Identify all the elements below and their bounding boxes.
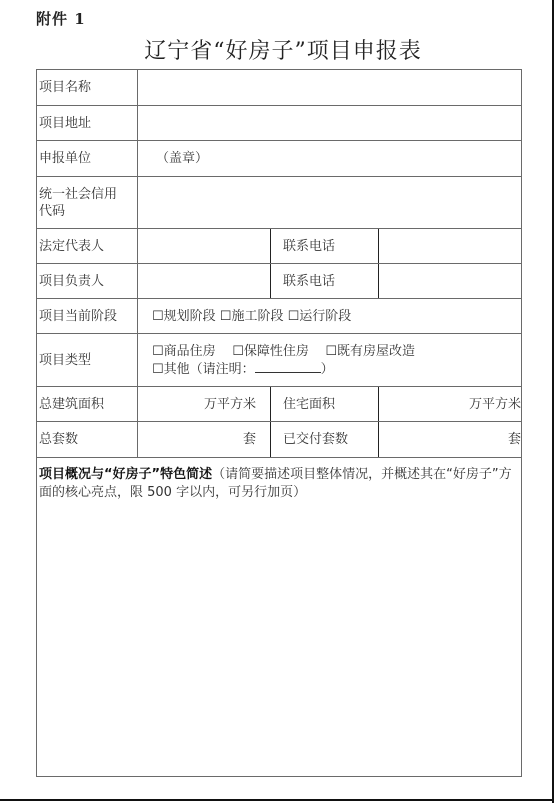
project-lead-phone-field[interactable] xyxy=(379,264,521,298)
other-specify-field[interactable] xyxy=(255,360,321,373)
applicant-unit-field[interactable]: （盖章） xyxy=(138,141,521,176)
row-applicant-unit: 申报单位 （盖章） xyxy=(37,141,521,177)
description-field[interactable]: 项目概况与“好房子”特色简述（请简要描述项目整体情况，并概述其在“好房子”方面的… xyxy=(37,458,521,776)
label-total-units: 总套数 xyxy=(37,422,138,457)
total-area-unit: 万平方米 xyxy=(204,396,256,413)
page-edge-bottom xyxy=(0,799,554,801)
label-total-area: 总建筑面积 xyxy=(37,387,138,421)
checkbox-other[interactable]: ☐其他（请注明： xyxy=(152,362,255,377)
label-project-address: 项目地址 xyxy=(37,106,138,140)
label-credit-code-line2: 代码 xyxy=(39,203,65,220)
label-credit-code: 统一社会信用 代码 xyxy=(37,177,138,228)
row-area: 总建筑面积 万平方米 住宅面积 万平方米 xyxy=(37,387,521,422)
delivered-units-unit: 套 xyxy=(508,431,521,448)
legal-rep-field[interactable] xyxy=(138,229,271,263)
checkbox-renovation[interactable]: ☐既有房屋改造 xyxy=(325,344,415,359)
row-project-address: 项目地址 xyxy=(37,106,521,141)
label-legal-rep: 法定代表人 xyxy=(37,229,138,263)
total-units-unit: 套 xyxy=(243,431,256,448)
checkbox-affordable-housing[interactable]: ☐保障性住房 xyxy=(232,344,309,359)
row-legal-rep: 法定代表人 联系电话 xyxy=(37,229,521,264)
label-project-name: 项目名称 xyxy=(37,70,138,105)
label-applicant-unit: 申报单位 xyxy=(37,141,138,176)
checkbox-planning-stage[interactable]: ☐规划阶段 xyxy=(152,308,216,325)
type-options: ☐商品住房 ☐保障性住房 ☐既有房屋改造 ☐其他（请注明：） xyxy=(138,334,521,386)
stage-options: ☐规划阶段 ☐施工阶段 ☐运行阶段 xyxy=(138,299,521,333)
total-units-field[interactable]: 套 xyxy=(138,422,271,457)
label-type: 项目类型 xyxy=(37,334,138,386)
residential-area-unit: 万平方米 xyxy=(469,396,521,413)
delivered-units-field[interactable]: 套 xyxy=(379,422,521,457)
row-type: 项目类型 ☐商品住房 ☐保障性住房 ☐既有房屋改造 ☐其他（请注明：） xyxy=(37,334,521,387)
row-project-name: 项目名称 xyxy=(37,70,521,106)
row-description: 项目概况与“好房子”特色简述（请简要描述项目整体情况，并概述其在“好房子”方面的… xyxy=(37,458,521,776)
label-residential-area: 住宅面积 xyxy=(271,387,379,421)
row-credit-code: 统一社会信用 代码 xyxy=(37,177,521,229)
residential-area-field[interactable]: 万平方米 xyxy=(379,387,521,421)
checkbox-commercial-housing[interactable]: ☐商品住房 xyxy=(152,344,216,359)
checkbox-construction-stage[interactable]: ☐施工阶段 xyxy=(220,308,284,325)
row-stage: 项目当前阶段 ☐规划阶段 ☐施工阶段 ☐运行阶段 xyxy=(37,299,521,334)
application-form-table: 项目名称 项目地址 申报单位 （盖章） 统一社会信用 代码 法定代表人 联系电话… xyxy=(36,69,522,777)
label-stage: 项目当前阶段 xyxy=(37,299,138,333)
project-name-field[interactable] xyxy=(138,70,521,105)
page-title: 辽宁省“好房子”项目申报表 xyxy=(0,34,554,65)
row-units: 总套数 套 已交付套数 套 xyxy=(37,422,521,458)
other-suffix: ） xyxy=(321,362,334,377)
row-project-lead: 项目负责人 联系电话 xyxy=(37,264,521,299)
label-project-lead-phone: 联系电话 xyxy=(271,264,379,298)
project-address-field[interactable] xyxy=(138,106,521,140)
legal-rep-phone-field[interactable] xyxy=(379,229,521,263)
description-label: 项目概况与“好房子”特色简述 xyxy=(39,467,212,482)
project-lead-field[interactable] xyxy=(138,264,271,298)
credit-code-field[interactable] xyxy=(138,177,521,228)
checkbox-operation-stage[interactable]: ☐运行阶段 xyxy=(288,308,352,325)
label-legal-rep-phone: 联系电话 xyxy=(271,229,379,263)
label-project-lead: 项目负责人 xyxy=(37,264,138,298)
label-credit-code-line1: 统一社会信用 xyxy=(39,186,117,203)
attachment-label: 附件 1 xyxy=(36,8,86,29)
total-area-field[interactable]: 万平方米 xyxy=(138,387,271,421)
label-delivered-units: 已交付套数 xyxy=(271,422,379,457)
